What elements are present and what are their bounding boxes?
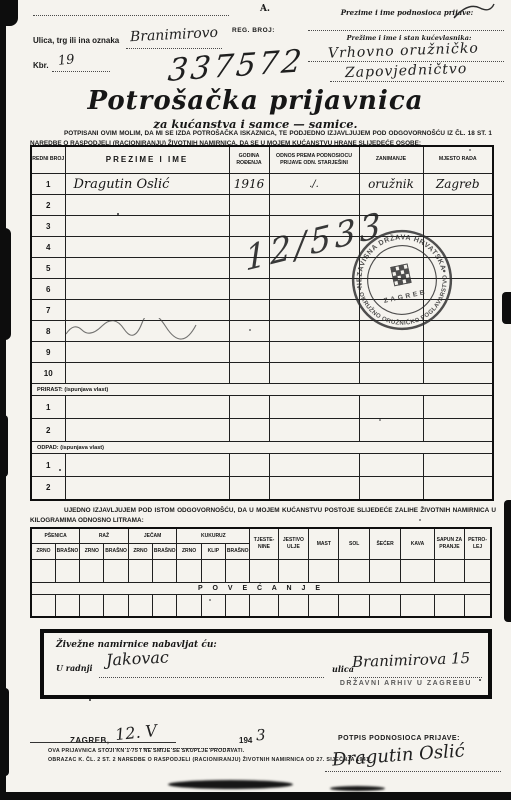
cell-year: [229, 300, 269, 321]
cell-occupation: oružnik: [359, 174, 423, 195]
table-row: 2: [31, 477, 493, 500]
row-number: 2: [31, 195, 65, 216]
stocks-empty-row: [31, 594, 491, 617]
subcol-zrno: ZRNO: [31, 543, 55, 559]
col-header-odnos: ODNOS PREMA PODNOSIOCU PRIJAVE ODN. STAR…: [269, 146, 359, 174]
cell-empty: [229, 396, 269, 419]
footer-divider: [30, 742, 176, 743]
cell-occupation: [359, 342, 423, 363]
scan-blotch: [0, 228, 11, 340]
subcol-zrno: ZRNO: [177, 543, 201, 559]
cell-year: [229, 321, 269, 342]
row-number: 2: [31, 477, 65, 500]
cell-empty: [359, 419, 423, 442]
col-group-kukuruz: KUKURUZ: [177, 528, 250, 543]
row-number: 3: [31, 216, 65, 237]
cell-empty: [229, 477, 269, 500]
members-table-header: REDNI BROJ PREZIME I IME GODINA ROĐENJA …: [31, 146, 493, 174]
street-field-line: [126, 48, 222, 49]
cell-year: [229, 195, 269, 216]
row-number: 4: [31, 237, 65, 258]
signature-field-line: [325, 771, 501, 772]
cell-empty: [359, 396, 423, 419]
cell-empty: [65, 454, 229, 477]
col-group-psenica: PŠENICA: [31, 528, 80, 543]
reg-broj-value-handwritten: 337572: [166, 43, 306, 89]
city-label: ZAGREB,: [70, 736, 110, 745]
subcol-brasno: BRAŠNO: [55, 543, 79, 559]
scan-blotch: [0, 415, 8, 477]
ink-smudge: [168, 780, 293, 789]
cell-year: 1916: [229, 174, 269, 195]
row-number: 1: [31, 454, 65, 477]
stamp-center-text: ZAGREB: [383, 289, 428, 305]
col-group-jecam: JEČAM: [128, 528, 177, 543]
shop-label: U radnji: [56, 663, 93, 673]
cell-empty: [423, 396, 493, 419]
shop-value-handwritten: Jakovac: [106, 647, 170, 669]
scanned-form-page: A. REG. BROJ: 337572 Ulica, trg ili ina …: [0, 0, 511, 800]
blank-field-line: [33, 15, 229, 16]
row-number: 8: [31, 321, 65, 342]
col-header-prezime-ime: PREZIME I IME: [65, 146, 229, 174]
cell-year: [229, 342, 269, 363]
stocks-empty-row: [31, 559, 491, 582]
row-number: 7: [31, 300, 65, 321]
archive-stamp-text: DRŽAVNI ARHIV U ZAGREBU: [340, 680, 472, 687]
table-row: 2: [31, 195, 493, 216]
shop-field-line: [99, 677, 324, 678]
col-header-secer: ŠEĆER: [369, 528, 400, 559]
cell-empty: [423, 477, 493, 500]
ink-scrawl: [62, 318, 212, 340]
col-header-godina: GODINA ROĐENJA: [229, 146, 269, 174]
owner-value-line1-handwritten: Vrhovno oružničko: [328, 40, 479, 61]
kbr-label: Kbr.: [33, 61, 49, 70]
cell-name: [65, 342, 229, 363]
cell-empty: [269, 419, 359, 442]
subcol-brasno: BRAŠNO: [226, 543, 250, 559]
row-number: 6: [31, 279, 65, 300]
povecanje-band: P O V E Ć A N J E: [31, 582, 491, 594]
street-field-line-2: [349, 677, 482, 678]
col-header-sapun: SAPUN ZA PRANJE: [434, 528, 464, 559]
table-row: 9: [31, 342, 493, 363]
cell-workplace: Zagreb: [423, 174, 493, 195]
cell-empty: [65, 396, 229, 419]
subcol-zrno: ZRNO: [128, 543, 152, 559]
cell-empty: [269, 477, 359, 500]
stocks-table: PŠENICA RAŽ JEČAM KUKURUZ TJESTE-NINE JE…: [30, 527, 492, 618]
cell-occupation: [359, 363, 423, 384]
odpad-rows: 1 2: [31, 454, 493, 500]
col-group-raz: RAŽ: [80, 528, 129, 543]
cell-empty: [423, 419, 493, 442]
col-header-kava: KAVA: [401, 528, 434, 559]
prirast-rows: 1 2: [31, 396, 493, 442]
cell-empty: [269, 454, 359, 477]
applicant-field-line: [308, 30, 504, 31]
col-header-zanimanje: ZANIMANJE: [359, 146, 423, 174]
scan-edge-bottom: [0, 792, 511, 800]
street-label: Ulica, trg ili ina oznaka: [33, 36, 119, 45]
kbr-field-line: [52, 71, 110, 72]
cell-empty: [229, 419, 269, 442]
reg-broj-label: REG. BROJ:: [232, 27, 275, 34]
col-header-jestivo-ulje: JESTIVO ULJE: [278, 528, 308, 559]
cell-name: [65, 216, 229, 237]
cell-empty: [359, 454, 423, 477]
cell-name: Dragutin Oslić: [65, 174, 229, 195]
col-header-redni-broj: REDNI BROJ: [31, 146, 65, 174]
stocks-intro-text: UJEDNO IZJAVLJUJEM POD ISTOM ODGOVORNOŠĆ…: [30, 506, 496, 525]
scan-blotch: [0, 0, 18, 26]
table-row: 1 Dragutin Oslić 1916 ./. oružnik Zagreb: [31, 174, 493, 195]
cell-relation: [269, 300, 359, 321]
year-value-handwritten: 3: [255, 726, 266, 745]
owner-value-line2-handwritten: Zapovjedničtvo: [345, 61, 468, 81]
col-header-petrolej: PETRO-LEJ: [465, 528, 491, 559]
section-letter: A.: [248, 4, 282, 14]
cell-name: [65, 195, 229, 216]
row-number: 1: [31, 174, 65, 195]
subcol-klip: KLIP: [201, 543, 225, 559]
stamp-emblem: [391, 264, 411, 286]
year-prefix: 194: [239, 736, 252, 745]
ink-scrawl: [448, 0, 498, 22]
cell-empty: [423, 454, 493, 477]
street-value-handwritten: Branimirovo: [130, 25, 219, 46]
footer-note-2: OBRAZAC K. ČL. 2 ST. 2 NAREDBE O RASPODJ…: [48, 757, 448, 763]
date-value-handwritten: 12. V: [114, 721, 158, 744]
kbr-value-handwritten: 19: [57, 52, 75, 69]
scan-blotch: [502, 292, 511, 324]
odpad-section-label: ODPAD: (ispunjava vlast): [31, 442, 493, 454]
row-number: 10: [31, 363, 65, 384]
col-header-mast: MAST: [309, 528, 339, 559]
cell-name: [65, 279, 229, 300]
owner-field-line2: [330, 81, 504, 82]
table-row: 1: [31, 454, 493, 477]
cell-empty: [229, 454, 269, 477]
cell-name: [65, 258, 229, 279]
cell-relation: [269, 363, 359, 384]
row-number: 9: [31, 342, 65, 363]
subcol-zrno: ZRNO: [80, 543, 104, 559]
ink-smudge: [330, 786, 385, 791]
table-row: 10: [31, 363, 493, 384]
owner-field-line1: [308, 61, 504, 62]
col-header-sol: SOL: [339, 528, 369, 559]
cell-relation: [269, 342, 359, 363]
footer-note-1: OVA PRIJAVNICA STOJI KN 1·75 I NE SMIJE …: [48, 748, 378, 754]
signature-handwritten: Dragutin Oslić: [331, 740, 465, 770]
row-number: 1: [31, 396, 65, 419]
cell-workplace: [423, 342, 493, 363]
cell-workplace: [423, 195, 493, 216]
official-round-stamp: NEZAVISNA DRŽAVA HRVATSKA OKRUŽNO ORUŽNI…: [340, 218, 463, 341]
row-number: 5: [31, 258, 65, 279]
street-value-handwritten-2: Branimirova 15: [352, 649, 471, 671]
cell-empty: [269, 396, 359, 419]
cell-name: [65, 237, 229, 258]
cell-relation: [269, 195, 359, 216]
scan-blotch: [504, 500, 511, 622]
cell-empty: [65, 477, 229, 500]
scan-blotch: [0, 688, 9, 776]
col-header-tjestenine: TJESTE-NINE: [250, 528, 278, 559]
table-row: 2: [31, 419, 493, 442]
prirast-section-label: PRIRAST: (ispunjava vlast): [31, 384, 493, 396]
cell-year: [229, 363, 269, 384]
street-label-2: ulica: [332, 664, 354, 674]
cell-empty: [359, 477, 423, 500]
subcol-brasno: BRAŠNO: [104, 543, 128, 559]
cell-empty: [65, 419, 229, 442]
cell-year: [229, 279, 269, 300]
page-title: Potrošačka prijavnica: [0, 86, 511, 116]
table-row: 1: [31, 396, 493, 419]
row-number: 2: [31, 419, 65, 442]
cell-relation: ./.: [269, 174, 359, 195]
subcol-brasno: BRAŠNO: [153, 543, 177, 559]
cell-relation: [269, 279, 359, 300]
cell-workplace: [423, 363, 493, 384]
cell-name: [65, 363, 229, 384]
supply-box: Živežne namirnice nabavljat ću: U radnji…: [40, 629, 492, 699]
cell-relation: [269, 321, 359, 342]
col-header-mjesto-rada: MJESTO RADA: [423, 146, 493, 174]
